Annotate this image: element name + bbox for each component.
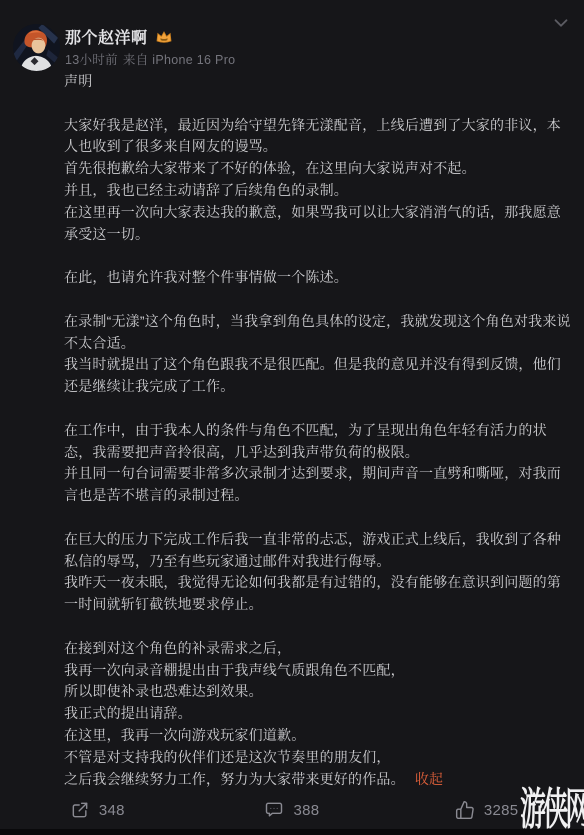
action-bar: 348 388 3285 [0,792,584,828]
paragraph: 在巨大的压力下完成工作后我一直非常的忐忑，游戏正式上线后，我收到了各种私信的辱骂… [64,529,571,616]
collapse-link[interactable]: 收起 [415,771,443,787]
paragraph: 在工作中，由于我本人的条件与角色不匹配，为了呈现出角色年轻有活力的状态，我需要把… [64,420,571,507]
post-source[interactable]: 来自 iPhone 16 Pro [123,50,236,68]
avatar-illustration [13,24,60,71]
thumbs-up-icon [455,800,475,820]
post-body: 声明 大家好我是赵洋，最近因为给守望先锋无漾配音，上线后遭到了大家的非议，本人也… [64,71,571,790]
vip-crown-icon [155,29,173,45]
share-count: 348 [99,802,125,819]
share-button[interactable]: 348 [0,800,195,820]
paragraph: 在录制“无漾”这个角色时，当我拿到角色具体的设定，我就发现这个角色对我来说不太合… [64,311,571,398]
post-meta: 13小时前 来自 iPhone 16 Pro [65,50,235,68]
username[interactable]: 那个赵洋啊 [65,25,148,48]
paragraph: 大家好我是赵洋，最近因为给守望先锋无漾配音，上线后遭到了大家的非议，本人也收到了… [64,115,571,246]
paragraph: 在此，也请允许我对整个件事情做一个陈述。 [64,267,571,289]
comment-count: 388 [293,802,319,819]
share-icon [70,800,90,820]
comment-icon [264,800,284,820]
last-line: 之后我会继续努力工作，努力为大家带来更好的作品。收起 [64,769,571,791]
like-count: 3285 [484,802,519,819]
paragraph: 在接到对这个角色的补录需求之后， 我再一次向录音棚提出由于我声线气质跟角色不匹配… [64,638,571,791]
chevron-down-icon[interactable] [550,12,572,34]
card-divider [0,829,584,835]
avatar[interactable] [13,24,60,71]
weibo-post-card: 那个赵洋啊 13小时前 来自 iPhone 16 Pro 声明 大家好我是赵洋，… [0,0,584,835]
post-title: 声明 [64,71,571,93]
like-button[interactable]: 3285 [389,800,584,820]
comment-button[interactable]: 388 [195,800,390,820]
post-time: 13小时前 [65,50,118,68]
